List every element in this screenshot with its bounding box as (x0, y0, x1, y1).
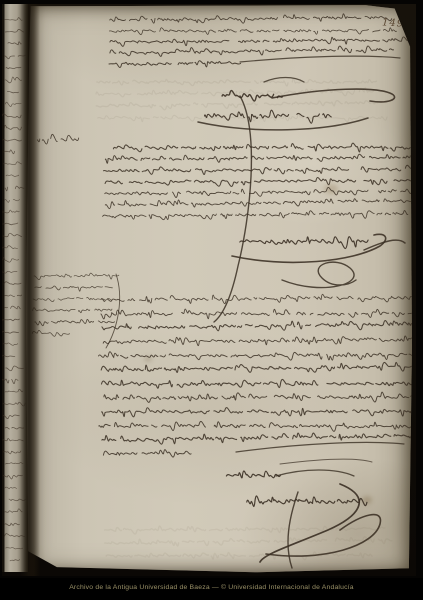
facing-page-text-lines (2, 18, 26, 561)
signature-middle-rubric-swirl (282, 262, 356, 287)
paragraph-lower-end-rule (236, 442, 404, 452)
paragraph-top (109, 14, 409, 68)
show-through-lower (105, 526, 392, 560)
facing-page-ink-layer (2, 4, 28, 572)
caption-text: Archivo de la Antigua Universidad de Bae… (69, 584, 354, 600)
folio-number: 149 (382, 17, 405, 29)
signature-bottom-line1 (226, 471, 280, 478)
marginal-note (32, 273, 119, 336)
manuscript-page: 149 (26, 4, 412, 574)
book-photograph: 149 (2, 4, 416, 576)
paragraph-top-end-rule (240, 56, 400, 62)
signature-middle-rubric (364, 240, 405, 250)
signature-bottom-name (247, 496, 367, 507)
marginal-note-bracket (106, 274, 120, 348)
handwriting-ink-layer (26, 4, 412, 574)
facing-page-edge (2, 4, 28, 572)
paragraph-lower (99, 294, 413, 457)
manuscript-scan-view: 149 Archivo de la Antigua Universidad de… (0, 0, 423, 600)
paragraph-middle (103, 143, 412, 219)
signature-top-line2 (205, 110, 332, 123)
signature-top-rubric (198, 118, 368, 130)
marginal-word (37, 134, 78, 144)
caption-bar: Archivo de la Antigua Universidad de Bae… (0, 578, 423, 600)
signature-middle-name (240, 237, 368, 249)
signature-bottom-rubric (276, 470, 354, 476)
paragraph-lower-end-rule-2 (280, 459, 372, 464)
signature-bottom-rubric (266, 515, 380, 557)
signature-top-rubric-descender (214, 96, 251, 322)
